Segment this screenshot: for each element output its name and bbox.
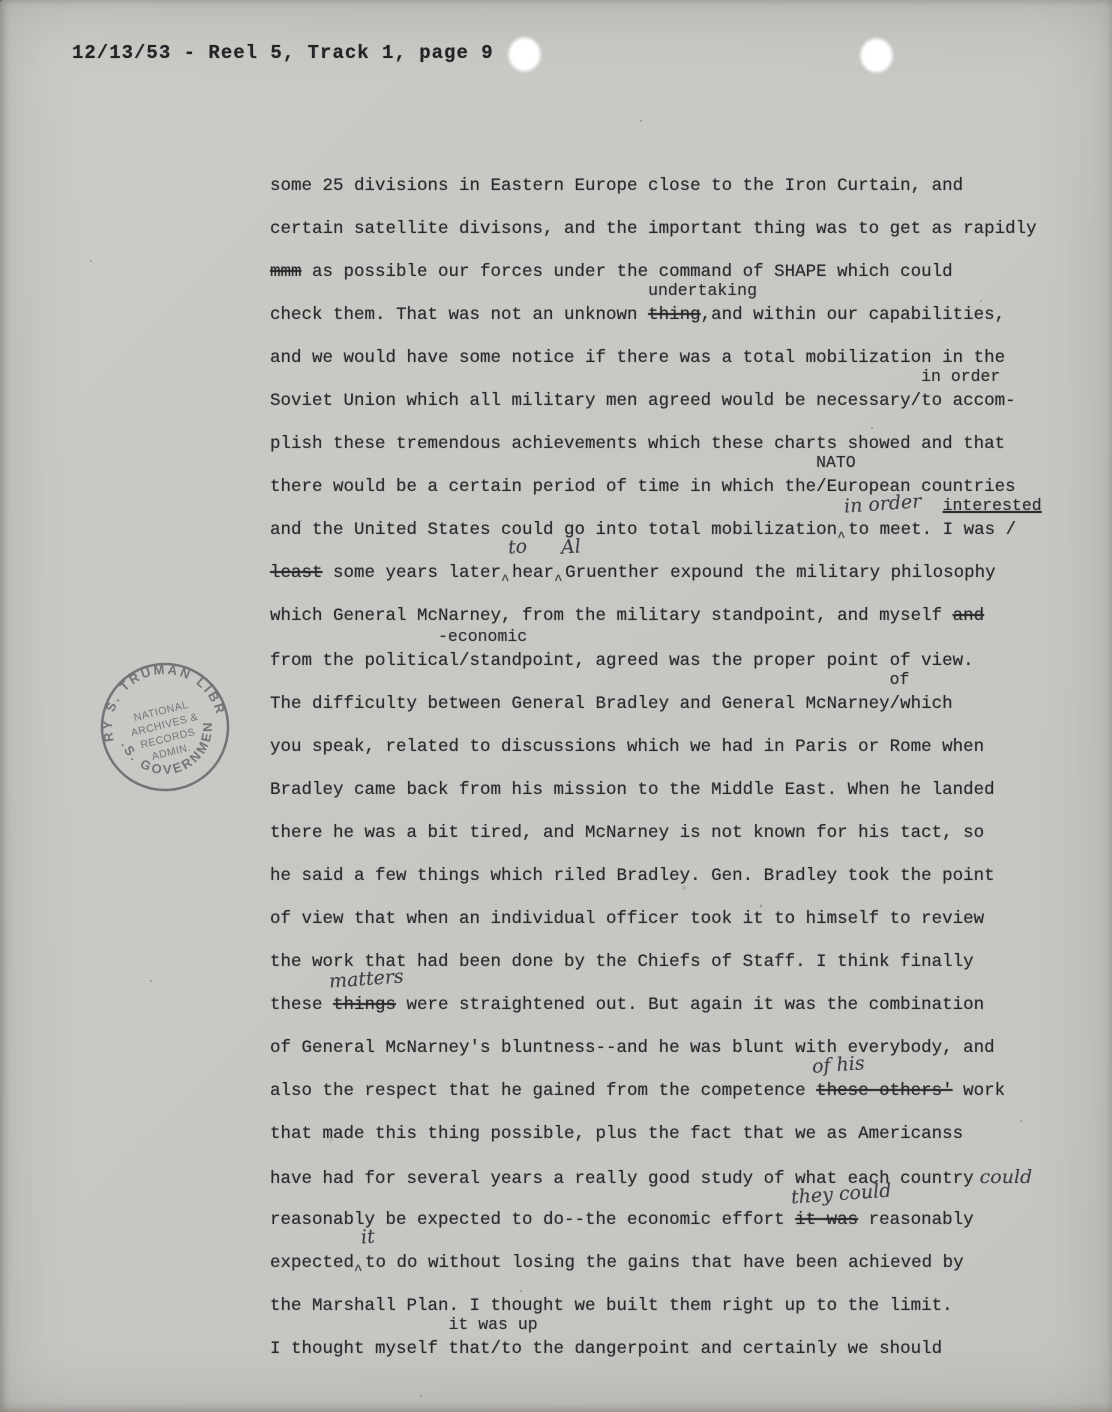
typed-text-segment: as possible our forces under the command… [302, 262, 953, 282]
typed-text: some 25 divisions in Eastern Europe clos… [0, 0, 1112, 1412]
typed-text-segment: The difficulty between General Bradley a… [270, 694, 890, 714]
text-line: plish these tremendous achievements whic… [270, 433, 1070, 455]
insertion-caret: ^ [554, 570, 565, 592]
typed-insertion: it was up [449, 1314, 538, 1336]
typed-insertion: undertaking [648, 280, 757, 302]
typed-text-segment: work [953, 1081, 1006, 1101]
handwritten-insertion: to [507, 535, 528, 558]
text-line: also the respect that he gained from the… [270, 1080, 1070, 1102]
text-line: of view that when an individual officer … [270, 908, 1070, 930]
typed-text-segment: there would be a certain period of time … [270, 477, 816, 497]
typed-text-segment: from the politic [270, 651, 438, 671]
typed-text-segment: I was / [943, 520, 1017, 540]
text-line: I thought myself it was upthat/to the da… [270, 1338, 1070, 1360]
text-line: he said a few things which riled Bradley… [270, 865, 1070, 887]
struck-text: mmm [270, 262, 302, 282]
typed-text-segment: reasonably [858, 1210, 974, 1230]
typed-insertion: -economic [438, 626, 527, 648]
typed-text-segment: some 25 divisions in Eastern Europe clos… [270, 176, 963, 196]
handwritten-insertion: Al [560, 535, 581, 558]
typed-insertion: of [890, 669, 910, 691]
text-line: reasonably be expected to do--the econom… [270, 1209, 1070, 1231]
struck-text: it was [795, 1210, 858, 1230]
typed-text-segment: to meet. [848, 520, 943, 540]
typed-text-segment: of General McNarney's bluntness--and he … [270, 1038, 995, 1058]
typed-text-segment: were straightened out. But again it was … [396, 995, 984, 1015]
typed-text-segment: to do without losing the gains that have… [365, 1253, 964, 1273]
insertion-caret: ^ [837, 527, 848, 549]
typed-text-segment: of view that when an individual officer … [270, 909, 984, 929]
typed-text-segment: these [270, 995, 333, 1015]
text-line: which General McNarney, from the militar… [270, 605, 1070, 627]
scanned-page: 12/13/53 - Reel 5, Track 1, page 9 HARRY… [0, 0, 1112, 1412]
typed-text-segment: plish these tremendous achievements whic… [270, 434, 1005, 454]
struck-text: least [270, 563, 323, 583]
typed-text-segment: and the United States could go into tota… [270, 520, 837, 540]
typed-text-segment: that/to the dangerpoint and certainly we… [449, 1339, 943, 1359]
text-line: these mattersthings were straightened ou… [270, 994, 1070, 1016]
typed-text-segment: Bradley came back from his mission to th… [270, 780, 995, 800]
handwritten-insertion: in order [843, 490, 922, 517]
text-line: there he was a bit tired, and McNarney i… [270, 822, 1070, 844]
text-line: certain satellite divisons, and the impo… [270, 218, 1070, 240]
text-line: you speak, related to discussions which … [270, 736, 1070, 758]
typed-text-segment: that made this thing possible, plus the … [270, 1124, 963, 1144]
typed-text-segment: hear [512, 563, 554, 583]
typed-text-segment: some years later [323, 563, 502, 583]
struck-text: and [953, 606, 985, 626]
text-line: that made this thing possible, plus the … [270, 1123, 1070, 1145]
typed-text-segment: which General McNarney, from the militar… [270, 606, 953, 626]
typed-text-segment: also the respect that he gained from the… [270, 1081, 816, 1101]
text-line: some 25 divisions in Eastern Europe clos… [270, 175, 1070, 197]
typed-insertion: in order [921, 366, 1000, 388]
handwritten-text: could [974, 1166, 1033, 1188]
typed-text-segment: you speak, related to discussions which … [270, 737, 984, 757]
typed-text-segment: ,and within our capabilities, [701, 305, 1006, 325]
text-line: Bradley came back from his mission to th… [270, 779, 1070, 801]
text-line: and the United States could go into tota… [270, 519, 1070, 542]
text-line: expected^itto do without losing the gain… [270, 1252, 1070, 1275]
typed-text-segment: and we would have some notice if there w… [270, 348, 1005, 368]
typed-text-segment: check them. That was not an unknown [270, 305, 648, 325]
insertion-caret: ^ [354, 1260, 365, 1282]
typed-insertion: NATO [816, 452, 856, 474]
typed-text-segment: I thought myself [270, 1339, 449, 1359]
typed-text-segment: Gruenther expound the military philosoph… [565, 563, 996, 583]
handwritten-insertion: of his [811, 1052, 865, 1078]
typed-text-segment: to accom- [921, 391, 1016, 411]
text-line: from the politic-economical/standpoint, … [270, 650, 1070, 672]
struck-text: things [333, 995, 396, 1015]
text-line: Soviet Union which all military men agre… [270, 390, 1070, 412]
struck-text: thing [648, 305, 701, 325]
typed-text-segment: reasonably be expected to do--the econom… [270, 1210, 795, 1230]
text-line: have had for several years a really good… [270, 1166, 1070, 1190]
text-line: least some years later^tohear^AlGruenthe… [270, 562, 1070, 585]
text-line: the Marshall Plan. I thought we built th… [270, 1295, 1070, 1317]
typed-text-segment: there he was a bit tired, and McNarney i… [270, 823, 984, 843]
text-line: of General McNarney's bluntness--and he … [270, 1037, 1070, 1059]
typed-insertion: interested [943, 495, 1042, 517]
typed-text-segment: al/standpoint, agreed was the proper poi… [438, 651, 974, 671]
text-line: check them. That was not an unknown unde… [270, 304, 1070, 326]
struck-text: these others' [816, 1081, 953, 1101]
handwritten-insertion: it [360, 1226, 375, 1249]
insertion-caret: ^ [501, 570, 512, 592]
typed-text-segment: /which [890, 694, 953, 714]
typed-text-segment: he said a few things which riled Bradley… [270, 866, 995, 886]
typed-text-segment: expected [270, 1253, 354, 1273]
text-line: The difficulty between General Bradley a… [270, 693, 1070, 715]
typed-text-segment: Soviet Union which all military men agre… [270, 391, 921, 411]
typed-text-segment: the Marshall Plan. I thought we built th… [270, 1296, 953, 1316]
typed-text-segment: certain satellite divisons, and the impo… [270, 219, 1037, 239]
handwritten-insertion: matters [328, 965, 404, 992]
